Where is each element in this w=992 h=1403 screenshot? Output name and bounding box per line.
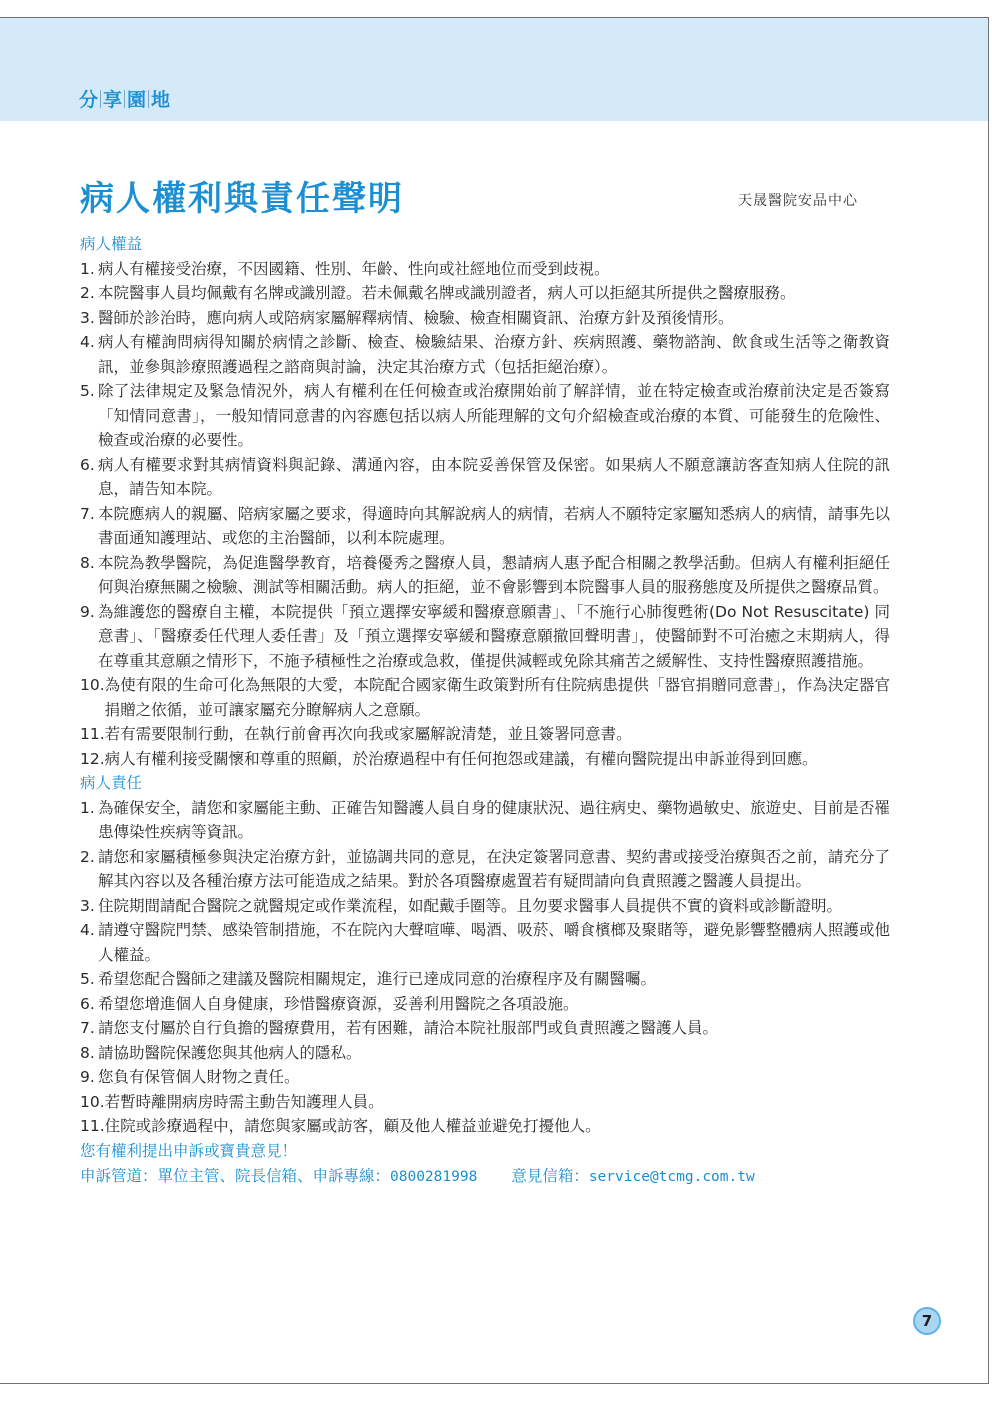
list-item: 4.請遵守醫院門禁、感染管制措施，不在院內大聲喧嘩、喝酒、吸菸、嚼食檳榔及聚賭等… xyxy=(80,918,890,967)
list-item: 9.您負有保管個人財物之責任。 xyxy=(80,1065,890,1090)
item-number: 5. xyxy=(80,379,98,453)
organization-credit: 天晟醫院安品中心 xyxy=(738,190,858,210)
item-number: 9. xyxy=(80,600,98,674)
item-number: 3. xyxy=(80,306,98,331)
item-text: 為確保安全，請您和家屬能主動、正確告知醫護人員自身的健康狀況、過往病史、藥物過敏… xyxy=(98,796,890,845)
item-number: 4. xyxy=(80,330,98,379)
item-number: 10. xyxy=(80,1090,105,1115)
item-text: 醫師於診治時，應向病人或陪病家屬解釋病情、檢驗、檢查相關資訊、治療方針及預後情形… xyxy=(98,306,890,331)
item-number: 2. xyxy=(80,281,98,306)
list-item: 6.病人有權要求對其病情資料與記錄、溝通內容，由本院妥善保管及保密。如果病人不願… xyxy=(80,453,890,502)
list-item: 3.醫師於診治時，應向病人或陪病家屬解釋病情、檢驗、檢查相關資訊、治療方針及預後… xyxy=(80,306,890,331)
hotline-number[interactable]: 0800281998 xyxy=(390,1169,477,1185)
item-text: 請協助醫院保護您與其他病人的隱私。 xyxy=(98,1041,890,1066)
list-item: 8.本院為教學醫院，為促進醫學教育，培養優秀之醫療人員，懇請病人惠予配合相關之教… xyxy=(80,551,890,600)
item-text: 您負有保管個人財物之責任。 xyxy=(98,1065,890,1090)
email-link[interactable]: service@tcmg.com.tw xyxy=(589,1169,755,1185)
item-number: 12. xyxy=(80,747,105,772)
section-tag-char: 地 xyxy=(151,85,170,112)
item-number: 1. xyxy=(80,796,98,845)
divider xyxy=(100,90,101,108)
section-tag-char: 園 xyxy=(127,85,146,112)
item-text: 希望您配合醫師之建議及醫院相關規定，進行已達成同意的治療程序及有關醫囑。 xyxy=(98,967,890,992)
document-body: 病人權益 1.病人有權接受治療，不因國籍、性別、年齡、性向或社經地位而受到歧視。… xyxy=(80,232,890,1190)
page-number-badge: 7 xyxy=(913,1307,941,1335)
item-number: 11. xyxy=(80,722,105,747)
page-title: 病人權利與責任聲明 xyxy=(80,171,404,220)
item-text: 希望您增進個人自身健康，珍惜醫療資源，妥善利用醫院之各項設施。 xyxy=(98,992,890,1017)
list-item: 5.希望您配合醫師之建議及醫院相關規定，進行已達成同意的治療程序及有關醫囑。 xyxy=(80,967,890,992)
item-number: 1. xyxy=(80,257,98,282)
rights-list: 1.病人有權接受治療，不因國籍、性別、年齡、性向或社經地位而受到歧視。2.本院醫… xyxy=(80,257,890,772)
rights-heading: 病人權益 xyxy=(80,232,890,257)
item-text: 病人有權詢問病得知關於病情之診斷、檢查、檢驗結果、治療方針、疾病照護、藥物諮詢、… xyxy=(98,330,890,379)
list-item: 11.若有需要限制行動，在執行前會再次向我或家屬解說清楚，並且簽署同意書。 xyxy=(80,722,890,747)
section-tag-char: 分 xyxy=(79,85,98,112)
item-text: 病人有權利接受關懷和尊重的照顧，於治療過程中有任何抱怨或建議，有權向醫院提出申訴… xyxy=(105,747,890,772)
contact-lead: 您有權利提出申訴或寶貴意見！ xyxy=(80,1139,890,1164)
list-item: 11.住院或診療過程中，請您與家屬或訪客，顧及他人權益並避免打擾他人。 xyxy=(80,1114,890,1139)
item-number: 7. xyxy=(80,1016,98,1041)
list-item: 3.住院期間請配合醫院之就醫規定或作業流程，如配戴手圈等。且勿要求醫事人員提供不… xyxy=(80,894,890,919)
item-text: 為使有限的生命可化為無限的大愛，本院配合國家衛生政策對所有住院病患提供「器官捐贈… xyxy=(105,673,890,722)
channels-label: 申訴管道：單位主管、院長信箱、申訴專線： xyxy=(80,1167,390,1185)
item-number: 2. xyxy=(80,845,98,894)
item-number: 5. xyxy=(80,967,98,992)
item-number: 8. xyxy=(80,551,98,600)
item-number: 6. xyxy=(80,453,98,502)
section-tag-char: 享 xyxy=(103,85,122,112)
item-text: 本院應病人的親屬、陪病家屬之要求，得適時向其解說病人的病情，若病人不願特定家屬知… xyxy=(98,502,890,551)
item-text: 住院或診療過程中，請您與家屬或訪客，顧及他人權益並避免打擾他人。 xyxy=(105,1114,890,1139)
item-number: 9. xyxy=(80,1065,98,1090)
item-text: 病人有權接受治療，不因國籍、性別、年齡、性向或社經地位而受到歧視。 xyxy=(98,257,890,282)
item-number: 10. xyxy=(80,673,105,722)
item-text: 病人有權要求對其病情資料與記錄、溝通內容，由本院妥善保管及保密。如果病人不願意讓… xyxy=(98,453,890,502)
item-text: 本院為教學醫院，為促進醫學教育，培養優秀之醫療人員，懇請病人惠予配合相關之教學活… xyxy=(98,551,890,600)
section-tag: 分 享 園 地 xyxy=(79,85,170,112)
item-text: 為維護您的醫療自主權，本院提供「預立選擇安寧緩和醫療意願書」、「不施行心肺復甦術… xyxy=(98,600,890,674)
list-item: 12.病人有權利接受關懷和尊重的照顧，於治療過程中有任何抱怨或建議，有權向醫院提… xyxy=(80,747,890,772)
list-item: 9.為維護您的醫療自主權，本院提供「預立選擇安寧緩和醫療意願書」、「不施行心肺復… xyxy=(80,600,890,674)
list-item: 6.希望您增進個人自身健康，珍惜醫療資源，妥善利用醫院之各項設施。 xyxy=(80,992,890,1017)
list-item: 1.為確保安全，請您和家屬能主動、正確告知醫護人員自身的健康狀況、過往病史、藥物… xyxy=(80,796,890,845)
divider xyxy=(124,90,125,108)
list-item: 7.請您支付屬於自行負擔的醫療費用，若有困難，請洽本院社服部門或負責照護之醫護人… xyxy=(80,1016,890,1041)
document-page: 分 享 園 地 病人權利與責任聲明 天晟醫院安品中心 病人權益 1.病人有權接受… xyxy=(0,17,989,1384)
list-item: 10.若暫時離開病房時需主動告知護理人員。 xyxy=(80,1090,890,1115)
email-label: 意見信箱： xyxy=(511,1167,589,1185)
item-number: 6. xyxy=(80,992,98,1017)
item-text: 請您和家屬積極參與決定治療方針，並協調共同的意見，在決定簽署同意書、契約書或接受… xyxy=(98,845,890,894)
contact-line: 申訴管道：單位主管、院長信箱、申訴專線：0800281998意見信箱：servi… xyxy=(80,1163,890,1190)
list-item: 2.請您和家屬積極參與決定治療方針，並協調共同的意見，在決定簽署同意書、契約書或… xyxy=(80,845,890,894)
item-number: 3. xyxy=(80,894,98,919)
item-text: 請遵守醫院門禁、感染管制措施，不在院內大聲喧嘩、喝酒、吸菸、嚼食檳榔及聚賭等，避… xyxy=(98,918,890,967)
item-text: 住院期間請配合醫院之就醫規定或作業流程，如配戴手圈等。且勿要求醫事人員提供不實的… xyxy=(98,894,890,919)
list-item: 1.病人有權接受治療，不因國籍、性別、年齡、性向或社經地位而受到歧視。 xyxy=(80,257,890,282)
list-item: 5.除了法律規定及緊急情況外，病人有權利在任何檢查或治療開始前了解詳情，並在特定… xyxy=(80,379,890,453)
list-item: 8.請協助醫院保護您與其他病人的隱私。 xyxy=(80,1041,890,1066)
item-number: 4. xyxy=(80,918,98,967)
item-text: 若暫時離開病房時需主動告知護理人員。 xyxy=(105,1090,890,1115)
item-text: 本院醫事人員均佩戴有名牌或識別證。若未佩戴名牌或識別證者，病人可以拒絕其所提供之… xyxy=(98,281,890,306)
divider xyxy=(148,90,149,108)
item-text: 除了法律規定及緊急情況外，病人有權利在任何檢查或治療開始前了解詳情，並在特定檢查… xyxy=(98,379,890,453)
item-number: 11. xyxy=(80,1114,105,1139)
list-item: 4.病人有權詢問病得知關於病情之診斷、檢查、檢驗結果、治療方針、疾病照護、藥物諮… xyxy=(80,330,890,379)
list-item: 10.為使有限的生命可化為無限的大愛，本院配合國家衛生政策對所有住院病患提供「器… xyxy=(80,673,890,722)
item-text: 請您支付屬於自行負擔的醫療費用，若有困難，請洽本院社服部門或負責照護之醫護人員。 xyxy=(98,1016,890,1041)
item-text: 若有需要限制行動，在執行前會再次向我或家屬解說清楚，並且簽署同意書。 xyxy=(105,722,890,747)
list-item: 7.本院應病人的親屬、陪病家屬之要求，得適時向其解說病人的病情，若病人不願特定家… xyxy=(80,502,890,551)
responsibilities-list: 1.為確保安全，請您和家屬能主動、正確告知醫護人員自身的健康狀況、過往病史、藥物… xyxy=(80,796,890,1139)
list-item: 2.本院醫事人員均佩戴有名牌或識別證。若未佩戴名牌或識別證者，病人可以拒絕其所提… xyxy=(80,281,890,306)
item-number: 7. xyxy=(80,502,98,551)
header-band: 分 享 園 地 xyxy=(0,18,988,121)
responsibilities-heading: 病人責任 xyxy=(80,771,890,796)
item-number: 8. xyxy=(80,1041,98,1066)
